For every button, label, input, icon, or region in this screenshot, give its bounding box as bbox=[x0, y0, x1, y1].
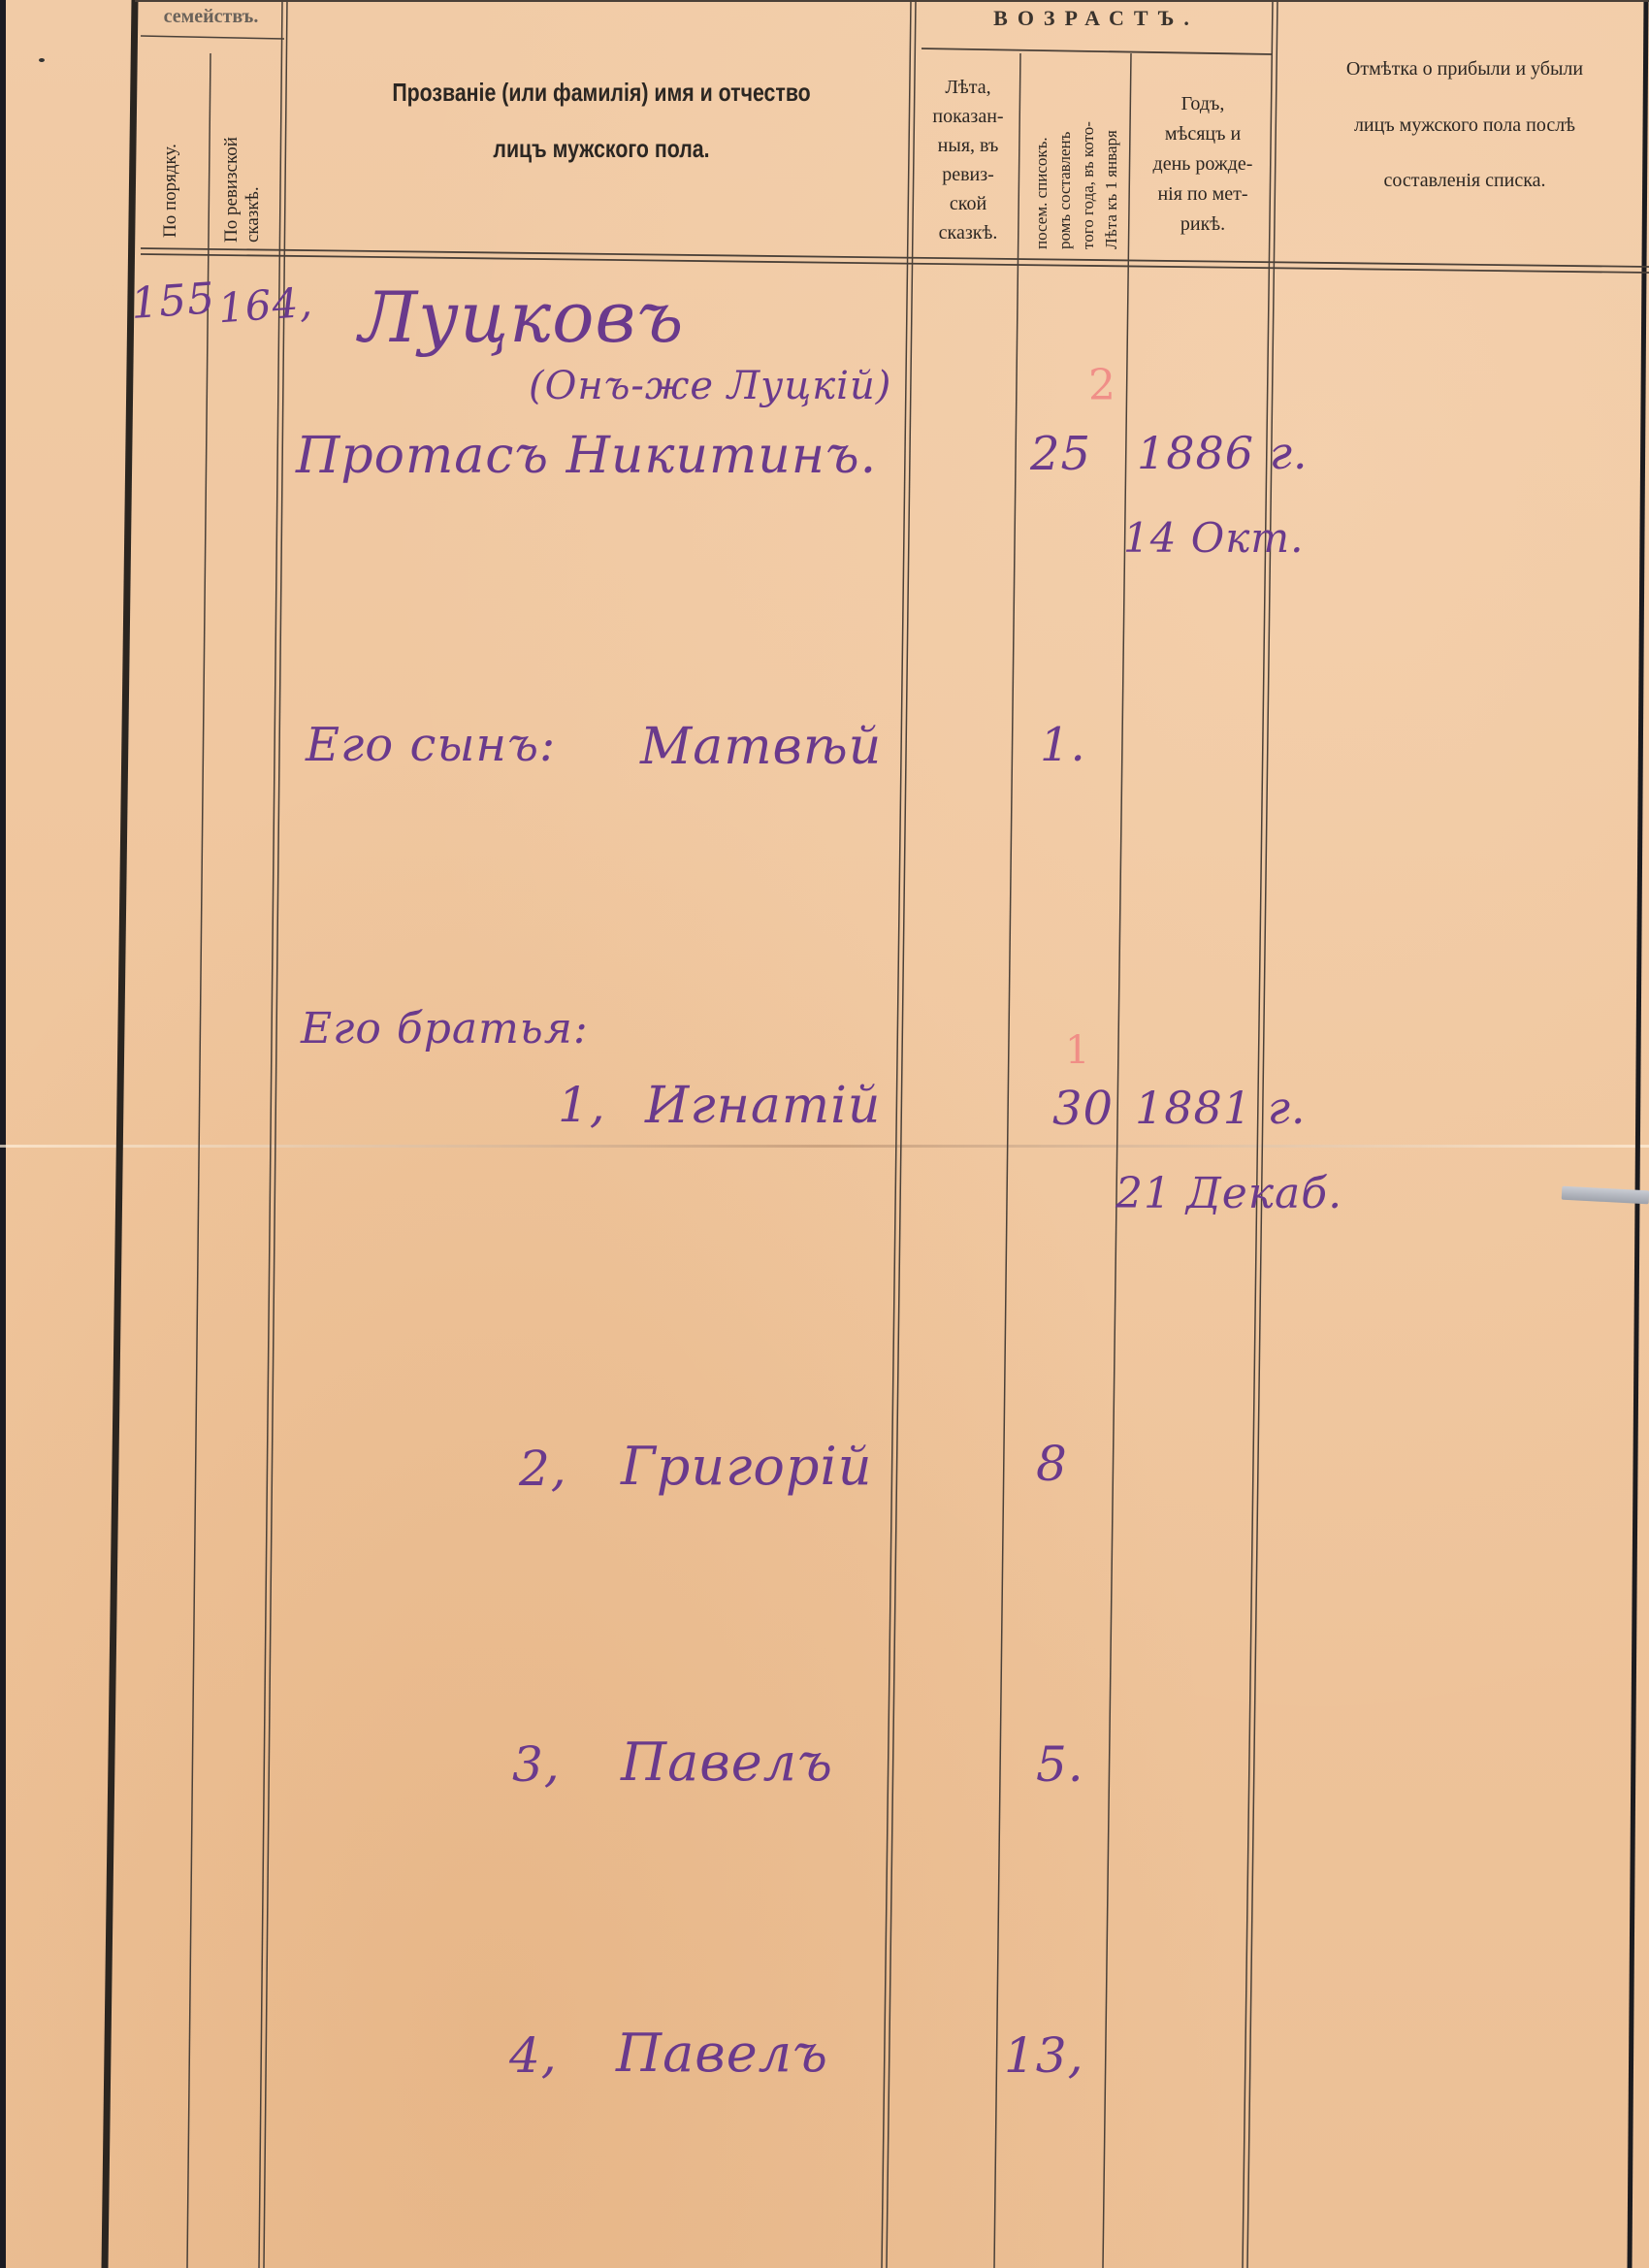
brother-number: 2, bbox=[519, 1441, 567, 1497]
age-group-header: ВОЗРАСТЪ. bbox=[921, 6, 1271, 31]
remarks-header-2: лицъ мужского пола послѣ bbox=[1280, 114, 1649, 137]
order-number: 155 bbox=[129, 274, 216, 329]
age-col2-line: того года, въ кото- bbox=[1077, 60, 1100, 249]
age-col3-line: нiя по мет- bbox=[1135, 179, 1271, 210]
son-name: Матвѣй bbox=[640, 718, 882, 776]
age-col3-line: день рожде- bbox=[1135, 149, 1271, 179]
age-col1-line: сказкѣ. bbox=[920, 218, 1017, 247]
age-col2-line: посем. списокъ. bbox=[1030, 60, 1053, 249]
col-order-header: По порядку. bbox=[160, 97, 181, 238]
age-col1-line: показан- bbox=[920, 102, 1017, 131]
brother-age: 13, bbox=[1004, 2027, 1084, 2084]
brother-age: 30 bbox=[1052, 1082, 1114, 1136]
age-col2-header: Лѣта къ 1 января того года, въ кото- ром… bbox=[1026, 60, 1127, 249]
revision-number: 164, bbox=[216, 278, 314, 333]
name-column-title-1: Прозванiе (или фамилiя) имя и отчество bbox=[351, 78, 853, 108]
age-col3-line: рикѣ. bbox=[1135, 210, 1271, 240]
age-col1-header: Лѣта, показан- ныя, въ ревиз- ской сказк… bbox=[920, 73, 1017, 247]
son-age: 1. bbox=[1040, 718, 1086, 772]
head-birth-day: 14 Окт. bbox=[1123, 514, 1304, 562]
age-col3-line: мѣсяцъ и bbox=[1135, 119, 1271, 149]
brother-birth-year: 1881 г. bbox=[1135, 1082, 1307, 1134]
brother-number: 4, bbox=[509, 2027, 558, 2084]
brother-name: Григорiй bbox=[621, 1436, 873, 1497]
brother-number: 1, bbox=[558, 1077, 606, 1133]
age-col1-line: Лѣта, bbox=[920, 73, 1017, 102]
red-mark: 1 bbox=[1065, 1028, 1090, 1073]
head-name: Протасъ Никитинъ. bbox=[296, 427, 877, 485]
brother-name: Игнатiй bbox=[645, 1077, 881, 1135]
red-mark: 2 bbox=[1088, 361, 1116, 410]
son-label: Его сынъ: bbox=[306, 718, 556, 772]
head-age: 25 bbox=[1030, 427, 1091, 481]
age-col3-line: Годъ, bbox=[1135, 89, 1271, 119]
age-col3-header: Годъ, мѣсяцъ и день рожде- нiя по мет- р… bbox=[1135, 89, 1271, 240]
brother-age: 8 bbox=[1036, 1436, 1068, 1492]
age-col1-line: ской bbox=[920, 189, 1017, 218]
brother-birth-day: 21 Декаб. bbox=[1115, 1169, 1342, 1218]
age-col2-line: ромъ составленъ bbox=[1053, 60, 1077, 249]
brother-age: 5. bbox=[1036, 1736, 1084, 1793]
surname: Луцковъ bbox=[359, 276, 684, 358]
age-col1-line: ныя, въ bbox=[920, 131, 1017, 160]
name-column-title-2: лицъ мужского пола. bbox=[351, 134, 853, 164]
remarks-header-3: составленiя списка. bbox=[1280, 170, 1649, 192]
age-col2-line: Лѣта къ 1 января bbox=[1100, 60, 1123, 249]
families-label: семействъ. bbox=[141, 6, 281, 28]
brother-number: 3, bbox=[512, 1736, 561, 1793]
brother-name: Павелъ bbox=[616, 2023, 828, 2084]
age-col1-line: ревиз- bbox=[920, 160, 1017, 189]
brother-name: Павелъ bbox=[621, 1732, 833, 1793]
head-birth-year: 1886 г. bbox=[1137, 427, 1309, 479]
brothers-label: Его братья: bbox=[301, 1004, 589, 1053]
surname-alias: (Онъ-же Луцкiй) bbox=[529, 364, 891, 408]
col-revision-header: По ревизской сказкѣ. bbox=[221, 87, 270, 243]
remarks-header-1: Отмѣтка о прибыли и убыли bbox=[1280, 58, 1649, 81]
